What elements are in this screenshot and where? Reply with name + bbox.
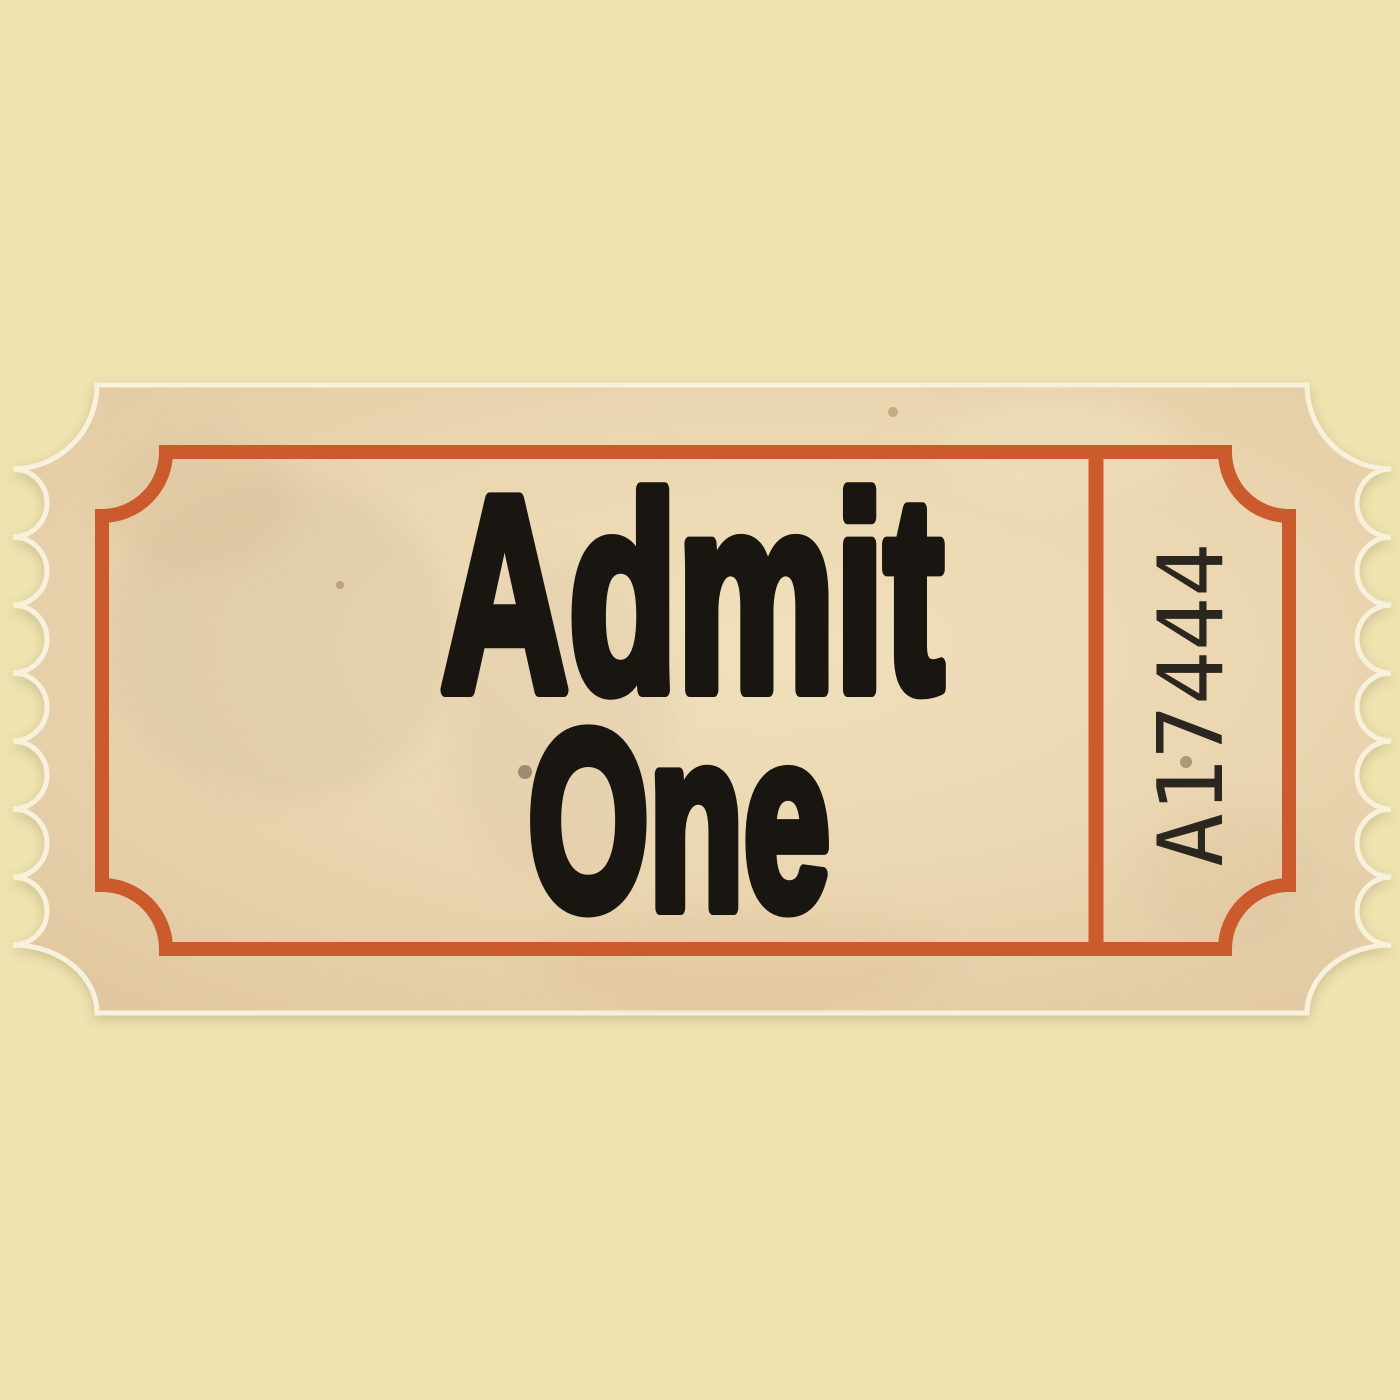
- serial-number: A17444: [1139, 543, 1244, 867]
- background: Admit One A17444: [0, 0, 1400, 1400]
- ticket-canvas: Admit One A17444: [0, 0, 1400, 1400]
- admit-text-line2: One: [528, 679, 830, 962]
